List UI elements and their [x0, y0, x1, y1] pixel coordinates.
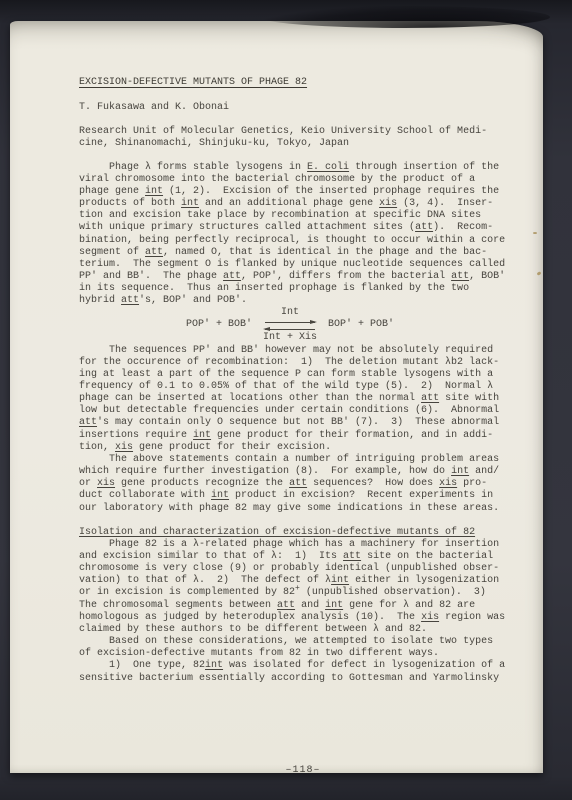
text-line: phage gene int (1, 2). Excision of the i… — [79, 186, 527, 198]
text-line: The chromosomal segments between att and… — [79, 600, 527, 612]
text-line: in its sequence. Thus an inserted propha… — [79, 283, 527, 295]
text-line: chromosome is very close (9) or probably… — [79, 563, 527, 575]
paragraph-isolation: 1) One type, 82int was isolated for defe… — [79, 660, 527, 684]
paragraph-considerations: Based on these considerations, we attemp… — [79, 636, 527, 660]
paragraph-sequences: The sequences PP' and BB' however may no… — [79, 345, 527, 454]
text-line: tion and excision take place by recombin… — [79, 210, 527, 222]
page-content: EXCISION-DEFECTIVE MUTANTS OF PHAGE 82 T… — [79, 77, 527, 685]
reversible-arrow-icon — [264, 320, 316, 331]
text-line: duct collaborate with int product in exc… — [79, 490, 527, 502]
text-line: products of both int and an additional p… — [79, 198, 527, 210]
text-line: bination, being perfectly reciprocal, is… — [79, 235, 527, 247]
affiliation: Research Unit of Molecular Genetics, Kei… — [79, 126, 527, 150]
text-line: The above statements contain a number of… — [79, 454, 527, 466]
text-line: low but detectable frequencies under cer… — [79, 405, 527, 417]
text-line: frequency of 0.1 to 0.05% of that of the… — [79, 381, 527, 393]
text-line: viral chromosome into the bacterial chro… — [79, 174, 527, 186]
page-number: –118– — [79, 765, 527, 777]
text-line: phage can be inserted at locations other… — [79, 393, 527, 405]
text-line: and excision similar to that of λ: 1) It… — [79, 551, 527, 563]
authors: T. Fukasawa and K. Obonai — [79, 102, 527, 114]
paper-title: EXCISION-DEFECTIVE MUTANTS OF PHAGE 82 — [79, 77, 527, 89]
text-line: att's may contain only O sequence but no… — [79, 417, 527, 429]
text-line: claimed by these authors to be different… — [79, 624, 527, 636]
text-line: homologous as judged by heteroduplex ana… — [79, 612, 527, 624]
text-line: Phage 82 is a λ-related phage which has … — [79, 539, 527, 551]
text-line: ing at least a part of the sequence P ca… — [79, 369, 527, 381]
affiliation-line: cine, Shinanomachi, Shinjuku-ku, Tokyo, … — [79, 138, 527, 150]
text-line: 1) One type, 82int was isolated for defe… — [79, 660, 527, 672]
paragraph-problem-areas: The above statements contain a number of… — [79, 454, 527, 515]
paragraph-phage82: Phage 82 is a λ-related phage which has … — [79, 539, 527, 636]
text-line: or xis gene products recognize the att s… — [79, 478, 527, 490]
text-line: The sequences PP' and BB' however may no… — [79, 345, 527, 357]
paper-speck — [533, 232, 537, 234]
affiliation-line: Research Unit of Molecular Genetics, Kei… — [79, 126, 527, 138]
text-line: our laboratory with phage 82 may give so… — [79, 503, 527, 515]
equation-right-operand: BOP' + POB' — [328, 319, 394, 331]
paper-speck — [537, 271, 542, 276]
text-line: insertions require int gene product for … — [79, 430, 527, 442]
text-line: sensitive bacterium essentially accordin… — [79, 673, 527, 685]
text-line: Phage λ forms stable lysogens in E. coli… — [79, 162, 527, 174]
text-line: segment of att, named O, that is identic… — [79, 247, 527, 259]
text-line: of excision-defective mutants from 82 in… — [79, 648, 527, 660]
text-line: PP' and BB'. The phage att, POP', differ… — [79, 271, 527, 283]
equation-forward-label: Int — [281, 308, 299, 318]
paragraph-introduction: Phage λ forms stable lysogens in E. coli… — [79, 162, 527, 308]
text-line: or in excision is complemented by 82+ (u… — [79, 587, 527, 599]
equation-left-operand: POP' + BOB' — [186, 319, 252, 331]
text-line: tion, xis gene product for their excisio… — [79, 442, 527, 454]
text-line: Based on these considerations, we attemp… — [79, 636, 527, 648]
text-line: vation) to that of λ. 2) The defect of λ… — [79, 575, 527, 587]
text-line: terium. The segment O is flanked by uniq… — [79, 259, 527, 271]
text-line: with unique primary structures called at… — [79, 222, 527, 234]
text-line: which require further investigation (8).… — [79, 466, 527, 478]
section-heading: Isolation and characterization of excisi… — [79, 527, 527, 539]
left-arrow-icon — [264, 327, 316, 331]
text-line: for the occurence of recombination: 1) T… — [79, 357, 527, 369]
equation-reverse-label: Int + Xis — [263, 333, 317, 343]
scanned-page: EXCISION-DEFECTIVE MUTANTS OF PHAGE 82 T… — [10, 21, 543, 773]
right-arrow-icon — [264, 320, 316, 324]
reaction-equation: POP' + BOB' Int Int + Xis BOP' + POB' — [53, 309, 527, 343]
text-line: hybrid att's, BOP' and POB'. — [79, 295, 527, 307]
equation-arrows: Int Int + Xis — [263, 308, 317, 343]
